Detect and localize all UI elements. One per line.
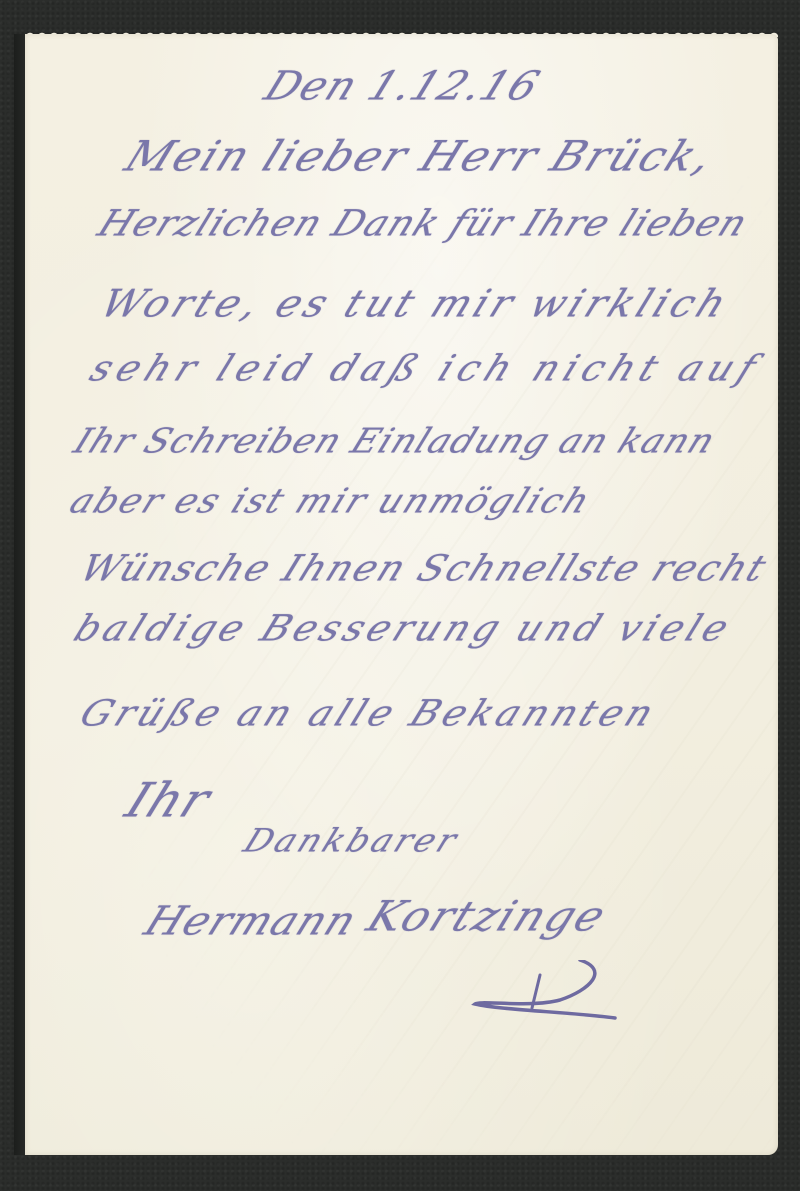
text-line-1: Herzlichen Dank für Ihre lieben	[92, 202, 755, 244]
closing-dankbarer: Dankbarer	[238, 822, 465, 860]
text-line-4: Ihr Schreiben Einladung an kann	[68, 422, 721, 461]
salutation-line: Mein lieber Herr Brück,	[118, 133, 722, 181]
text-line-5: aber es ist mir unmöglich	[64, 482, 597, 521]
date-line: Den 1.12.16	[258, 62, 547, 109]
text-line-3: sehr leid daß ich nicht auf	[84, 347, 768, 389]
text-line-2: Worte, es tut mir wirklich	[94, 282, 737, 326]
signature-first-name: Hermann	[138, 897, 364, 944]
signature-flourish	[470, 960, 620, 1020]
text-line-8: Grüße an alle Bekannten	[74, 692, 664, 734]
text-line-6: Wünsche Ihnen Schnellste recht	[74, 547, 774, 589]
card-edge-shadow	[14, 34, 25, 1155]
text-line-7: baldige Besserung und viele	[68, 607, 739, 649]
signature-last-name: Kortzinge	[360, 893, 614, 941]
